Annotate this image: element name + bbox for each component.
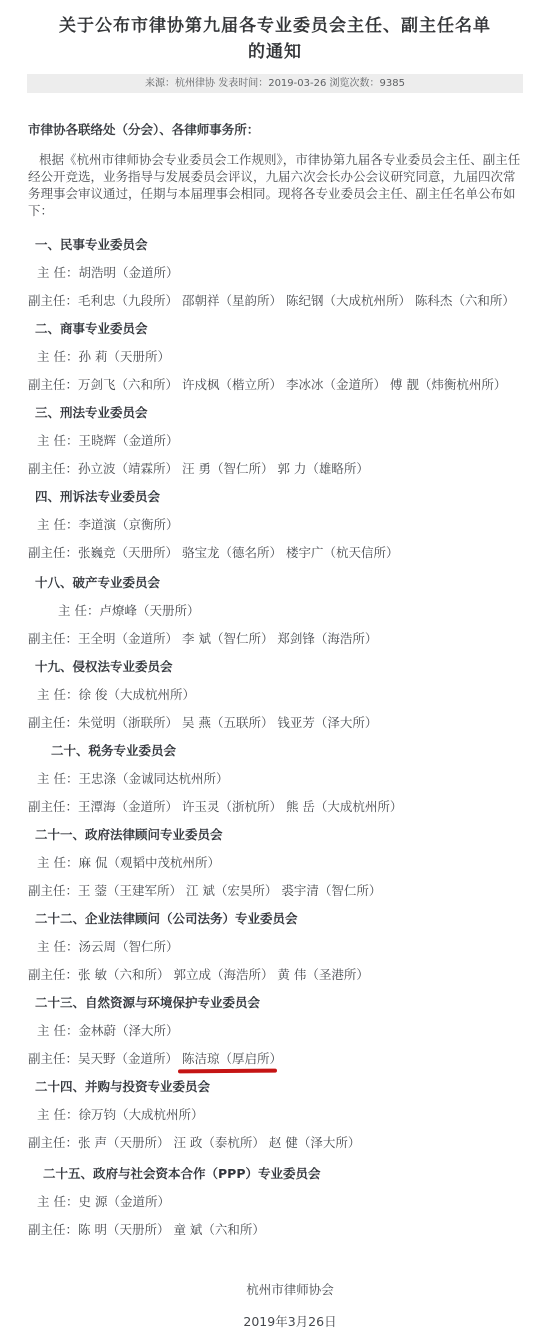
committee-section: 一、民事专业委员会主 任：胡浩明（金道所）副主任：毛利忠（九段所） 邵朝祥（星韵… (28, 236, 522, 309)
section-heading: 四、刑诉法专业委员会 (28, 488, 522, 505)
chair-line: 主 任：王忠涤（金诚同达杭州所） (28, 770, 522, 787)
notice-meta-bar: 来源：杭州律协 发表时间：2019-03-26 浏览次数：9385 (27, 74, 523, 93)
section-heading: 一、民事专业委员会 (28, 236, 522, 253)
vice-line: 副主任：陈 明（天册所） 童 斌（六和所） (28, 1221, 522, 1238)
section-heading: 二十、税务专业委员会 (28, 742, 522, 759)
committee-section: 二十四、并购与投资专业委员会主 任：徐万钧（大成杭州所）副主任：张 声（天册所）… (28, 1078, 522, 1151)
vice-line: 副主任：万剑飞（六和所） 许戍枫（楷立所） 李冰冰（金道所） 傅 靓（炜衡杭州所… (28, 376, 522, 393)
chair-line: 主 任：胡浩明（金道所） (28, 264, 522, 281)
committee-list: 一、民事专业委员会主 任：胡浩明（金道所）副主任：毛利忠（九段所） 邵朝祥（星韵… (28, 236, 522, 1238)
chair-line: 主 任：孙 莉（天册所） (28, 348, 522, 365)
underlined-name: 陈洁琼（厚启所） (182, 1050, 282, 1067)
vice-line: 副主任：王 蓥（王建军所） 江 斌（宏昊所） 裘宇清（智仁所） (28, 882, 522, 899)
vice-line: 副主任：孙立波（靖霖所） 汪 勇（智仁所） 郭 力（雄略所） (28, 460, 522, 477)
notice-page: 关于公布市律协第九届各专业委员会主任、副主任名单的通知 来源：杭州律协 发表时间… (0, 0, 550, 1337)
section-heading: 十九、侵权法专业委员会 (28, 658, 522, 675)
section-heading: 二十五、政府与社会资本合作（PPP）专业委员会 (28, 1165, 522, 1182)
vice-line-text: 副主任：吴天野（金道所） (28, 1051, 182, 1066)
vice-line: 副主任：张 敏（六和所） 郭立成（海浩所） 黄 伟（圣港所） (28, 966, 522, 983)
vice-line: 副主任：张 声（天册所） 汪 政（泰杭所） 赵 健（泽大所） (28, 1134, 522, 1151)
notice-body: 市律协各联络处（分会）、各律师事务所： 根据《杭州市律师协会专业委员会工作规则》… (0, 121, 550, 1330)
red-underline-mark (178, 1069, 277, 1074)
section-heading: 二十四、并购与投资专业委员会 (28, 1078, 522, 1095)
vice-line: 副主任：吴天野（金道所） 陈洁琼（厚启所） (28, 1050, 522, 1067)
chair-line: 主 任：金林蔚（泽大所） (28, 1022, 522, 1039)
signature-date: 2019年3月26日 (28, 1313, 522, 1330)
chair-line: 主 任：汤云周（智仁所） (28, 938, 522, 955)
committee-section: 二、商事专业委员会主 任：孙 莉（天册所）副主任：万剑飞（六和所） 许戍枫（楷立… (28, 320, 522, 393)
committee-section: 十八、破产专业委员会主 任：卢燎峰（天册所）副主任：王全明（金道所） 李 斌（智… (28, 574, 522, 647)
committee-section: 四、刑诉法专业委员会主 任：李道演（京衡所）副主任：张巍竞（天册所） 骆宝龙（德… (28, 488, 522, 561)
underlined-name-text: 陈洁琼（厚启所） (182, 1051, 282, 1066)
committee-section: 二十五、政府与社会资本合作（PPP）专业委员会主 任：史 源（金道所）副主任：陈… (28, 1165, 522, 1238)
notice-meta-text: 来源：杭州律协 发表时间：2019-03-26 浏览次数：9385 (145, 78, 405, 89)
vice-line: 副主任：王全明（金道所） 李 斌（智仁所） 郑剑锋（海浩所） (28, 630, 522, 647)
section-heading: 二十一、政府法律顾问专业委员会 (28, 826, 522, 843)
section-heading: 二、商事专业委员会 (28, 320, 522, 337)
vice-line: 副主任：毛利忠（九段所） 邵朝祥（星韵所） 陈纪钢（大成杭州所） 陈科杰（六和所… (28, 292, 522, 309)
chair-line: 主 任：徐万钧（大成杭州所） (28, 1106, 522, 1123)
vice-line: 副主任：王潭海（金道所） 许玉灵（浙杭所） 熊 岳（大成杭州所） (28, 798, 522, 815)
committee-section: 二十三、自然资源与环境保护专业委员会主 任：金林蔚（泽大所）副主任：吴天野（金道… (28, 994, 522, 1067)
committee-section: 二十、税务专业委员会主 任：王忠涤（金诚同达杭州所）副主任：王潭海（金道所） 许… (28, 742, 522, 815)
page-title-line1: 关于公布市律协第九届各专业委员会主任、副主任名单 (59, 16, 491, 36)
section-heading: 二十二、企业法律顾问（公司法务）专业委员会 (28, 910, 522, 927)
committee-section: 二十一、政府法律顾问专业委员会主 任：麻 侃（观韬中茂杭州所）副主任：王 蓥（王… (28, 826, 522, 899)
vice-line: 副主任：张巍竞（天册所） 骆宝龙（德名所） 楼宇广（杭天信所） (28, 544, 522, 561)
page-title: 关于公布市律协第九届各专业委员会主任、副主任名单的通知 (0, 0, 550, 65)
committee-section: 二十二、企业法律顾问（公司法务）专业委员会主 任：汤云周（智仁所）副主任：张 敏… (28, 910, 522, 983)
chair-line: 主 任：史 源（金道所） (28, 1193, 522, 1210)
signature: 杭州市律师协会 (28, 1281, 522, 1298)
chair-line: 主 任：卢燎峰（天册所） (28, 602, 522, 619)
chair-line: 主 任：麻 侃（观韬中茂杭州所） (28, 854, 522, 871)
vice-line: 副主任：朱觉明（浙联所） 吴 燕（五联所） 钱亚芳（泽大所） (28, 714, 522, 731)
section-heading: 二十三、自然资源与环境保护专业委员会 (28, 994, 522, 1011)
intro-paragraph: 根据《杭州市律师协会专业委员会工作规则》，市律协第九届各专业委员会主任、副主任经… (28, 151, 522, 219)
page-title-line2: 的通知 (248, 42, 302, 62)
committee-section: 三、刑法专业委员会主 任：王晓辉（金道所）副主任：孙立波（靖霖所） 汪 勇（智仁… (28, 404, 522, 477)
committee-section: 十九、侵权法专业委员会主 任：徐 俊（大成杭州所）副主任：朱觉明（浙联所） 吴 … (28, 658, 522, 731)
chair-line: 主 任：徐 俊（大成杭州所） (28, 686, 522, 703)
section-heading: 十八、破产专业委员会 (28, 574, 522, 591)
salutation: 市律协各联络处（分会）、各律师事务所： (28, 121, 522, 138)
chair-line: 主 任：王晓辉（金道所） (28, 432, 522, 449)
section-heading: 三、刑法专业委员会 (28, 404, 522, 421)
chair-line: 主 任：李道演（京衡所） (28, 516, 522, 533)
